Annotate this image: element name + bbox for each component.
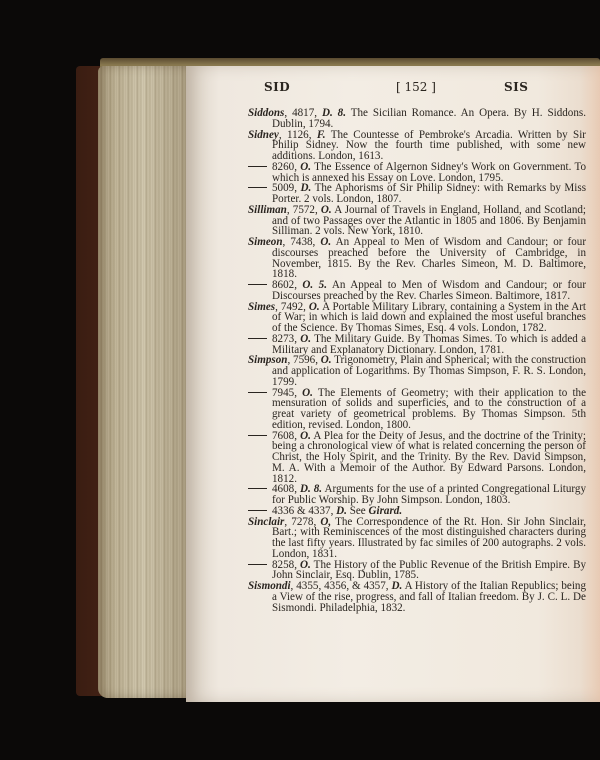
catalog-entry: Sidney, 1126, F. The Countesse of Pembro…: [248, 130, 586, 162]
entry-text: The Aphorisms of Sir Philip Sidney: with…: [272, 182, 586, 205]
ditto-dash: [248, 187, 267, 188]
entry-text: A Portable Military Library, containing …: [272, 301, 586, 335]
running-head-right: SIS: [504, 80, 528, 94]
catalog-entries: Siddons, 4817, D. 8. The Sicilian Romanc…: [248, 108, 586, 613]
catalog-entry: 7608, O. A Plea for the Deity of Jesus, …: [248, 431, 586, 485]
catalog-entry: Siddons, 4817, D. 8. The Sicilian Romanc…: [248, 108, 586, 130]
ditto-dash: [248, 392, 267, 393]
ditto-dash: [248, 488, 267, 489]
ditto-dash: [248, 166, 267, 167]
entry-text: The Military Guide. By Thomas Simes. To …: [272, 333, 586, 356]
catalog-entry: 8273, O. The Military Guide. By Thomas S…: [248, 334, 586, 356]
catalog-entry: Silliman, 7572, O. A Journal of Travels …: [248, 205, 586, 237]
entry-text: The History of the Public Revenue of the…: [272, 559, 586, 582]
page-number: [ 152 ]: [396, 80, 436, 94]
entry-text: The Essence of Algernon Sidney's Work on…: [272, 161, 586, 184]
ditto-dash: [248, 564, 267, 565]
entry-text: Trigonometry, Plain and Spherical; with …: [272, 354, 586, 388]
page-block-edges: [98, 66, 188, 698]
catalog-entry: Simpson, 7596, O. Trigonometry, Plain an…: [248, 355, 586, 387]
catalog-entry: Simeon, 7438, O. An Appeal to Men of Wis…: [248, 237, 586, 280]
ditto-dash: [248, 435, 267, 436]
catalog-entry: Sismondi, 4355, 4356, & 4357, D. A Histo…: [248, 581, 586, 613]
catalog-entry: 4608, D. 8. Arguments for the use of a p…: [248, 484, 586, 506]
photo-scene: SID [ 152 ] SIS Siddons, 4817, D. 8. The…: [0, 0, 600, 760]
catalog-entry: 8260, O. The Essence of Algernon Sidney'…: [248, 162, 586, 184]
ditto-dash: [248, 338, 267, 339]
catalog-entry: 7945, O. The Elements of Geometry; with …: [248, 388, 586, 431]
catalog-entry: 5009, D. The Aphorisms of Sir Philip Sid…: [248, 183, 586, 205]
ditto-dash: [248, 510, 267, 511]
entry-text: The Sicilian Romance. An Opera. By H. Si…: [272, 107, 586, 130]
entry-text: A Plea for the Deity of Jesus, and the d…: [272, 430, 586, 485]
catalog-entry: 8258, O. The History of the Public Reven…: [248, 560, 586, 582]
running-head: SID [ 152 ] SIS: [186, 80, 600, 96]
ditto-dash: [248, 284, 267, 285]
entry-text: A Journal of Travels in England, Holland…: [272, 204, 586, 238]
book-page: SID [ 152 ] SIS Siddons, 4817, D. 8. The…: [186, 66, 600, 702]
catalog-entry: Sinclair, 7278, O, The Correspondence of…: [248, 517, 586, 560]
entry-text: The Elements of Geometry; with their app…: [272, 387, 586, 431]
running-head-left: SID: [264, 80, 290, 94]
catalog-entry: Simes, 7492, O. A Portable Military Libr…: [248, 302, 586, 334]
catalog-entry: 8602, O. 5. An Appeal to Men of Wisdom a…: [248, 280, 586, 302]
